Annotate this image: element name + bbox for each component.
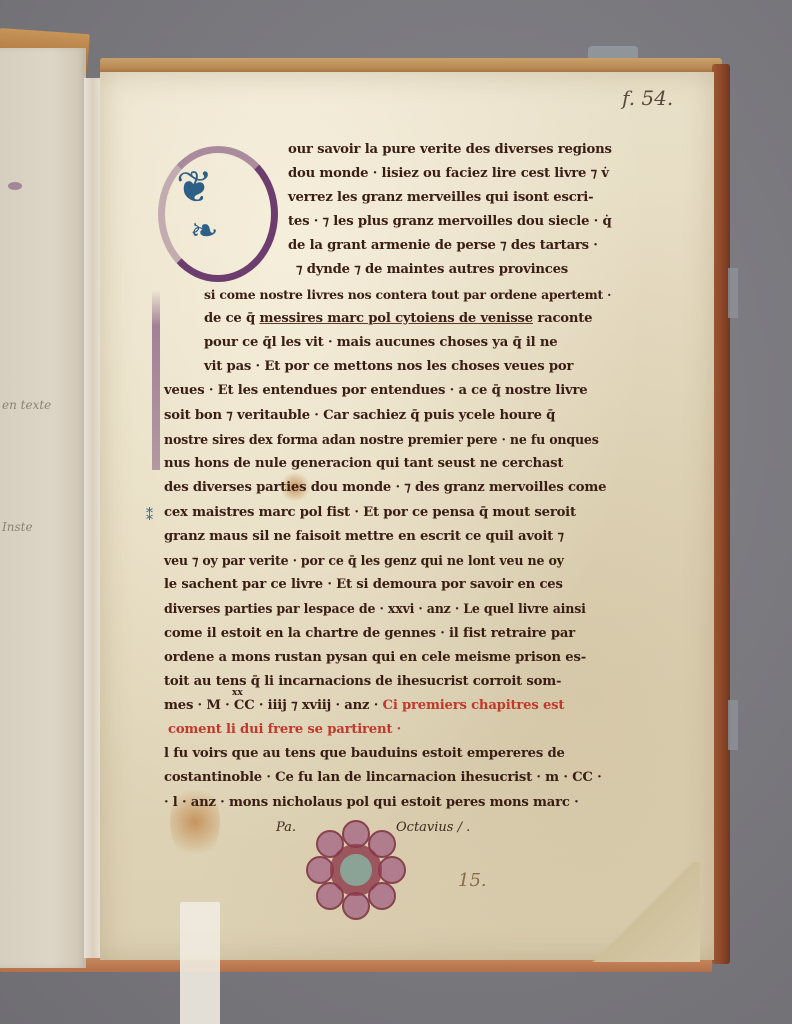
text-line: soit bon ⁊ veritauble · Car sachiez q̄ p…: [164, 408, 555, 423]
rosette-stamp-icon: [304, 820, 408, 920]
rubric-heading: coment li dui frere se partirent ·: [168, 722, 401, 737]
text-line: pour ce q̄l les vit · mais aucunes chose…: [204, 335, 557, 350]
text-line: de la grant armenie de perse ⁊ des tarta…: [288, 238, 598, 253]
text-line: granz maus sil ne faisoit mettre en escr…: [164, 529, 564, 544]
text-line: toit au tens q̄ li incarnacions de ihesu…: [164, 674, 561, 689]
text-span: de ce q̄: [204, 311, 259, 326]
text-line: nus hons de nule generacion qui tant seu…: [164, 456, 563, 471]
text-line: ⁊ dynde ⁊ de maintes autres provinces: [296, 262, 568, 277]
text-span: mes · M · CC · iiij ⁊ xviij · anz ·: [164, 698, 378, 713]
text-line: dou monde · lisiez ou faciez lire cest l…: [288, 166, 609, 181]
stain: [170, 782, 220, 862]
corner-fold: [590, 862, 700, 962]
text-line: veu ⁊ oy par verite · por ce q̄ les genz…: [164, 553, 564, 568]
pencil-number: 15.: [458, 870, 487, 891]
text-line: vit pas · Et por ce mettons nos les chos…: [204, 359, 573, 374]
binding-clasp: [728, 700, 738, 750]
text-line: diverses parties par lespace de · xxvi ·…: [164, 601, 586, 616]
left-page-note: en texte: [2, 398, 51, 412]
text-line: come il estoit en la chartre de gennes ·…: [164, 626, 575, 641]
folio-number: f. 54.: [622, 86, 673, 110]
foliage-icon: ❦: [176, 166, 213, 210]
text-line: verrez les granz merveilles qui isont es…: [288, 190, 593, 205]
text-line: ordene a mons rustan pysan qui en cele m…: [164, 650, 586, 665]
text-line: si come nostre livres nos contera tout p…: [204, 287, 611, 302]
text-line: costantinoble · Ce fu lan de lincarnacio…: [164, 770, 601, 785]
superscript-numeral: xx: [232, 688, 243, 698]
underlined-name: messires marc pol cytoiens de venisse: [259, 311, 533, 326]
text-line: nostre sires dex forma adan nostre premi…: [164, 432, 599, 447]
text-line: de ce q̄ messires marc pol cytoiens de v…: [204, 311, 592, 326]
text-line: mes · M · CC · iiij ⁊ xviij · anz · Ci p…: [164, 698, 564, 713]
left-page: en texte Inste: [0, 48, 86, 968]
text-line: veues · Et les entendues por entendues ·…: [164, 383, 587, 398]
ink-offset-mark: [8, 182, 22, 190]
text-line: · l · anz · mons nicholaus pol qui estoi…: [164, 795, 578, 810]
initial-stem: [152, 290, 160, 470]
text-line: des diverses parties dou monde · ⁊ des g…: [164, 480, 606, 495]
paper-repair: [180, 902, 220, 1024]
margin-mark-icon: ⁑: [146, 508, 153, 524]
text-line: cex maistres marc pol fist · Et por ce p…: [164, 505, 576, 520]
binding-right-edge: [712, 64, 730, 964]
text-line: le sachent par ce livre · Et si demoura …: [164, 577, 563, 592]
text-line: our savoir la pure verite des diverses r…: [288, 142, 612, 157]
left-page-note: Inste: [2, 520, 33, 534]
signature-left: Pa.: [276, 820, 296, 835]
foliage-icon: ❧: [190, 214, 219, 248]
rubric-heading: Ci premiers chapitres est: [383, 698, 565, 713]
text-line: tes · ⁊ les plus granz mervoilles dou si…: [288, 214, 612, 229]
binding-clasp: [728, 268, 738, 318]
text-line: l fu voirs que au tens que bauduins esto…: [164, 746, 565, 761]
